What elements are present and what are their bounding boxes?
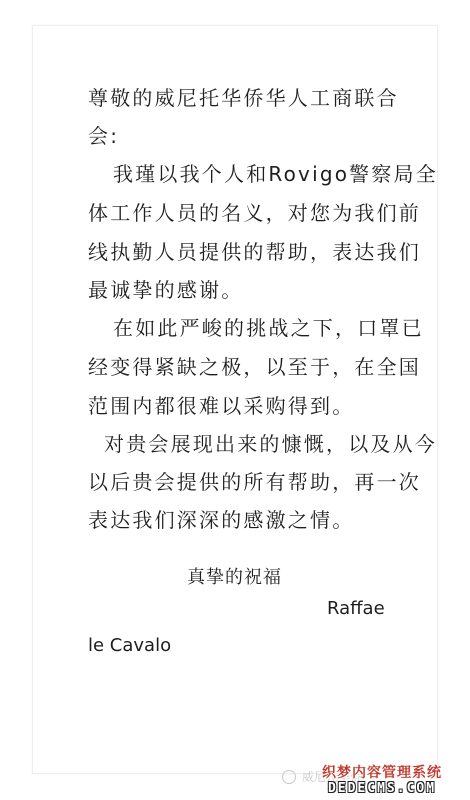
watermark: 威尼托华侨 织梦内容管理系统 DEDECMS.COM <box>282 768 470 800</box>
paragraph-3-line-1: 对贵会展现出来的慷慨，以及从今 <box>104 432 437 456</box>
wechat-icon <box>282 770 296 784</box>
paragraph-2-line-2: 经变得紧缺之极，以至于，在全国 <box>88 355 421 379</box>
paragraph-1-line-2: 体工作人员的名义，对您为我们前 <box>88 201 421 225</box>
watermark-site-en: DEDECMS.COM <box>322 781 442 797</box>
closing: 真挚的祝福 <box>187 563 282 589</box>
watermark-site-cn: 织梦内容管理系统 <box>322 765 442 781</box>
paragraph-2-line-3: 范围内都很难以采购得到。 <box>88 394 354 418</box>
paragraph-3-line-3: 表达我们深深的感激之情。 <box>88 508 354 532</box>
paragraph-1-line-4: 最诚挚的感谢。 <box>88 278 243 302</box>
paragraph-1-line-3: 线执勤人员提供的帮助，表达我们 <box>88 240 421 264</box>
salutation-line-1: 尊敬的威尼托华侨华人工商联合 <box>88 86 399 110</box>
dedecms-watermark: 织梦内容管理系统 DEDECMS.COM <box>322 765 442 797</box>
signature-line-2: le Cavalo <box>88 635 171 656</box>
paragraph-2-line-1: 在如此严峻的挑战之下，口罩已 <box>113 316 424 340</box>
paragraph-3-line-2: 以后贵会提供的所有帮助，再一次 <box>88 470 421 494</box>
paragraph-1-line-1: 我瑾以我个人和Rovigo警察局全 <box>113 162 438 186</box>
signature-line-1: Raffae <box>327 598 385 619</box>
salutation-line-2: 会: <box>88 124 119 148</box>
